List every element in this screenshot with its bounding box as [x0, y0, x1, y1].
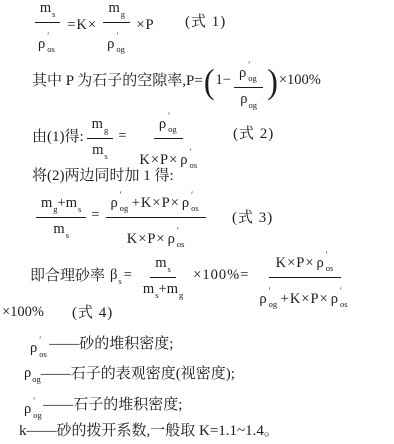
prime-sub-stack: ′og: [118, 192, 130, 213]
right-paren: ): [267, 64, 278, 99]
denominator: K×P× ρ′os: [120, 218, 192, 248]
m-s-symbol: ms: [155, 256, 171, 272]
definition-row-k-coefficient: k——砂的拨开系数,一般取 K=1.1~1.4。: [19, 421, 279, 441]
one-minus-term: 1−: [216, 73, 231, 89]
plus-sign: +: [159, 282, 167, 298]
fraction: K×P× ρ′os ρ′og +K×P× ρ′os: [254, 245, 355, 308]
m-s-symbol: ms: [40, 1, 56, 17]
equals-sign: =: [124, 268, 133, 284]
prime-mark: ′: [269, 287, 271, 296]
rho-prime-os-symbol: ρ′os: [168, 222, 187, 248]
subscript-s: s: [78, 205, 81, 214]
subscript-g: g: [53, 205, 57, 214]
m-glyph: m: [92, 143, 103, 159]
subscript-og: og: [168, 125, 177, 134]
m-s-symbol: ms: [143, 282, 159, 298]
kxp-operator: K×P×: [276, 256, 315, 272]
prime-sub-stack: ′os: [175, 228, 187, 249]
times-100-equals-operator: ×100%=: [193, 268, 249, 284]
equals-sign: =: [91, 208, 100, 224]
m-glyph: m: [155, 256, 166, 272]
subscript-os: os: [39, 350, 47, 359]
denominator: ms: [87, 139, 113, 159]
rho-og-symbol: ρog: [240, 92, 257, 108]
rho-glyph: ρ: [331, 292, 338, 308]
m-s-symbol: ms: [66, 196, 82, 212]
document-page: ms ρ′os =K× mg ρ′og ×P (式 1) 其中 P 为石子的空隙…: [0, 0, 394, 444]
m-g-symbol: mg: [92, 117, 109, 133]
kxp-operator: K×P×: [127, 232, 166, 248]
rho-prime-og-symbol: ρ′og: [239, 56, 258, 82]
prime-mark: ′: [340, 287, 342, 296]
prime-mark: ′: [177, 227, 179, 236]
subscript-os: os: [326, 264, 334, 273]
left-paren: (: [204, 64, 215, 99]
subscript-g: g: [179, 291, 183, 300]
subscript-og: og: [116, 45, 125, 54]
rho-prime-og-symbol: ρ′og: [111, 186, 130, 212]
numerator: mg + ms: [36, 195, 86, 218]
fraction: ρ′og K×P× ρ′os: [132, 106, 204, 169]
equals-sign: =: [118, 129, 127, 145]
subscript-s: s: [104, 152, 107, 161]
rho-prime-og-symbol: ρ′og: [24, 392, 43, 418]
subscript-g: g: [104, 126, 108, 135]
rho-prime-os-symbol: ρ′os: [317, 246, 336, 272]
fraction: ms ρ′os: [33, 0, 62, 52]
numerator: mg: [87, 116, 114, 139]
prime-sub-stack: ′os: [324, 252, 336, 273]
rho-glyph: ρ: [317, 256, 324, 272]
m-glyph: m: [66, 196, 77, 212]
subscript-og: og: [248, 101, 257, 110]
rho-glyph: ρ: [159, 117, 166, 133]
equals-k-times-operator: =K×: [67, 18, 97, 34]
definition-text: k——砂的拨开系数,一般取 K=1.1~1.4。: [19, 423, 279, 440]
m-g-symbol: mg: [41, 196, 58, 212]
subscript-s: s: [155, 291, 158, 300]
prime-sub-stack: ′os: [338, 288, 350, 309]
equation-4: 即合理砂率 βs = ms ms + mg ×100%= K×P× ρ′os ρ…: [30, 248, 358, 304]
rho-glyph: ρ: [168, 232, 175, 248]
plus-kxp-operator: +K×P×: [281, 292, 329, 308]
m-s-symbol: ms: [53, 222, 69, 238]
prime-sub-stack: ′og: [114, 33, 126, 54]
rho-prime-os-symbol: ρ′os: [30, 331, 49, 357]
equation-1-label: (式 1): [185, 10, 226, 31]
rho-glyph: ρ: [24, 366, 31, 382]
prime-mark: ′: [248, 61, 250, 70]
subscript-og: og: [33, 411, 42, 420]
prime-sub-stack: ′og: [166, 113, 178, 134]
prime-mark: ′: [190, 148, 192, 157]
rho-prime-os-symbol: ρ′os: [331, 282, 350, 308]
prime-mark: ′: [39, 336, 41, 345]
definition-row-stone-apparent-density: ρog ——石子的表观密度(视密度);: [24, 361, 235, 387]
equation-4-wrap-line: ×100% (式 4): [2, 302, 113, 324]
subscript-og: og: [32, 375, 41, 384]
subscript-g: g: [121, 10, 125, 19]
rho-glyph: ρ: [107, 37, 114, 53]
subscript-og: og: [269, 300, 278, 309]
numerator: K×P× ρ′os: [269, 245, 341, 278]
times-100-percent: ×100%: [2, 305, 44, 321]
prime-mark: ′: [326, 251, 328, 260]
rho-og-symbol: ρog: [24, 366, 41, 382]
fraction: ρ′og ρog: [234, 55, 263, 108]
rho-glyph: ρ: [24, 402, 31, 418]
rho-prime-og-symbol: ρ′og: [159, 107, 178, 133]
m-g-symbol: mg: [167, 282, 184, 298]
subscript-os: os: [340, 300, 348, 309]
add-one-line: 将(2)两边同时加 1 得:: [32, 166, 174, 186]
prime-sub-stack: ′og: [246, 62, 258, 83]
equation-3-label: (式 3): [232, 206, 273, 227]
denominator: ρog: [235, 88, 262, 108]
numerator: mg: [103, 0, 130, 23]
subscript-os: os: [191, 204, 199, 213]
subscript-os: os: [47, 45, 55, 54]
equation-2-label: (式 2): [233, 122, 274, 143]
plus-sign: +: [58, 196, 66, 212]
numerator: ρ′og +K×P× ρ′os: [106, 185, 207, 218]
prime-mark: ′: [168, 112, 170, 121]
prime-sub-stack: ′og: [267, 288, 279, 309]
subscript-os: os: [190, 161, 198, 170]
m-glyph: m: [92, 117, 103, 133]
m-glyph: m: [143, 282, 154, 298]
rho-glyph: ρ: [259, 292, 266, 308]
m-glyph: m: [41, 196, 52, 212]
denominator: ms + mg: [138, 278, 188, 298]
subscript-s: s: [168, 265, 171, 274]
m-glyph: m: [53, 222, 64, 238]
porosity-prefix-text: 其中 P 为石子的空隙率,P=: [32, 73, 203, 90]
times-100-percent: ×100%: [279, 73, 321, 89]
subscript-s: s: [66, 231, 69, 240]
equation-1: ms ρ′os =K× mg ρ′og ×P: [30, 2, 157, 50]
rho-glyph: ρ: [180, 153, 187, 169]
rho-glyph: ρ: [38, 37, 45, 53]
rho-prime-og-symbol: ρ′og: [259, 282, 278, 308]
prime-sub-stack: ′os: [188, 149, 200, 170]
prime-sub-stack: ′os: [189, 192, 201, 213]
m-g-symbol: mg: [108, 1, 125, 17]
beta-glyph: β: [110, 268, 117, 284]
m-glyph: m: [40, 1, 51, 17]
equation-2-prefix-text: 由(1)得:: [32, 129, 84, 146]
equation-2: 由(1)得: mg ms = ρ′og K×P× ρ′os: [32, 112, 208, 162]
rho-prime-os-symbol: ρ′os: [38, 27, 57, 53]
rho-prime-og-symbol: ρ′og: [107, 27, 126, 53]
prime-mark: ′: [47, 32, 49, 41]
fraction: ms ms + mg: [138, 255, 188, 298]
prime-sub-stack: ′os: [37, 337, 49, 358]
m-glyph: m: [108, 1, 119, 17]
plus-kxp-operator: +K×P×: [132, 196, 180, 212]
rho-glyph: ρ: [182, 196, 189, 212]
numerator: ms: [35, 0, 61, 23]
fraction: mg + ms ms: [36, 195, 86, 238]
definition-text: ——石子的堆积密度;: [43, 397, 182, 414]
equation-3: mg + ms ms = ρ′og +K×P× ρ′os K×P× ρ′os: [33, 190, 209, 242]
denominator: ρ′og: [102, 23, 131, 53]
prime-sub-stack: ′os: [45, 33, 57, 54]
prime-mark: ′: [191, 191, 193, 200]
subscript-og: og: [120, 204, 129, 213]
porosity-line: 其中 P 为石子的空隙率,P= ( 1− ρ′og ρog ) ×100%: [32, 56, 321, 106]
add-one-text: 将(2)两边同时加 1 得:: [32, 168, 174, 185]
equation-4-label: (式 4): [72, 305, 113, 322]
subscript-s: s: [52, 10, 55, 19]
times-p-operator: ×P: [136, 18, 154, 34]
beta-s-symbol: βs: [110, 268, 122, 284]
subscript-s: s: [118, 277, 121, 286]
rho-prime-os-symbol: ρ′os: [180, 143, 199, 169]
m-glyph: m: [167, 282, 178, 298]
denominator: ρ′os: [33, 23, 62, 53]
denominator: ρ′og +K×P× ρ′os: [254, 278, 355, 308]
definition-text: ——砂的堆积密度;: [49, 336, 173, 353]
equation-4-prefix-text: 即合理砂率: [30, 268, 105, 285]
numerator: ρ′og: [234, 55, 263, 88]
definition-row-stone-bulk-density: ρ′og ——石子的堆积密度;: [24, 390, 182, 420]
rho-prime-os-symbol: ρ′os: [182, 186, 201, 212]
prime-mark: ′: [116, 32, 118, 41]
fraction: mg ms: [87, 116, 114, 159]
m-s-symbol: ms: [92, 143, 108, 159]
rho-glyph: ρ: [240, 92, 247, 108]
definition-text: ——石子的表观密度(视密度);: [41, 366, 235, 383]
rho-glyph: ρ: [111, 196, 118, 212]
fraction: ρ′og +K×P× ρ′os K×P× ρ′os: [106, 185, 207, 248]
fraction: mg ρ′og: [102, 0, 131, 52]
numerator: ρ′og: [154, 106, 183, 139]
prime-sub-stack: ′og: [31, 398, 43, 419]
definition-row-sand-bulk-density: ρ′os ——砂的堆积密度;: [30, 330, 173, 358]
denominator: ms: [48, 218, 74, 238]
subscript-og: og: [248, 74, 257, 83]
denominator: K×P× ρ′os: [132, 139, 204, 169]
numerator: ms: [150, 255, 176, 278]
prime-mark: ′: [120, 191, 122, 200]
prime-mark: ′: [33, 397, 35, 406]
rho-glyph: ρ: [30, 341, 37, 357]
rho-glyph: ρ: [239, 66, 246, 82]
